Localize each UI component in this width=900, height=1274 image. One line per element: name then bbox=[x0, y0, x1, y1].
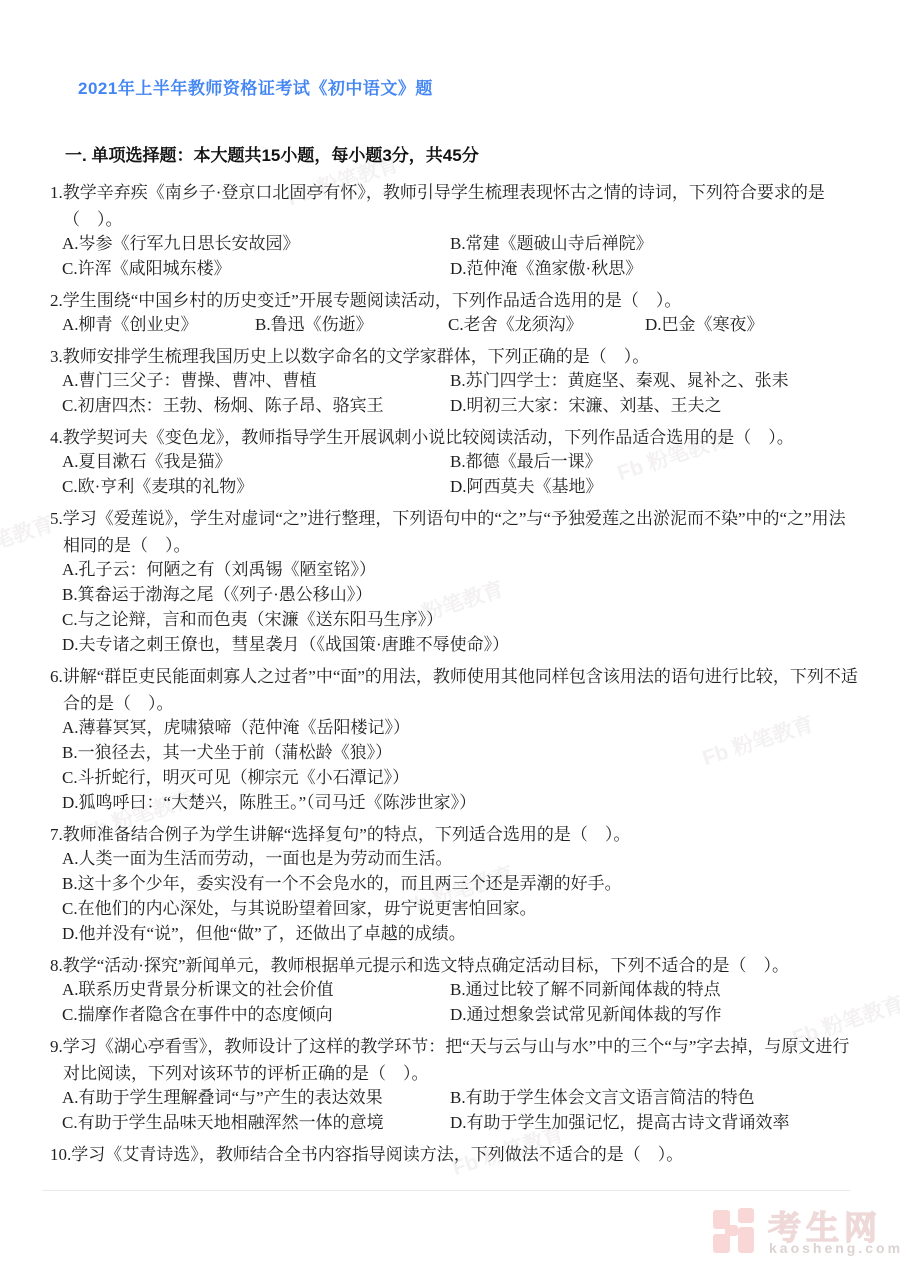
option-c: C.有助于学生品味天地相融浑然一体的意境 bbox=[62, 1110, 450, 1135]
question-number: 1. bbox=[50, 183, 63, 202]
option-b: B.这十多个少年，委实没有一个不会凫水的，而且两三个还是弄潮的好手。 bbox=[62, 871, 858, 896]
question-stem: 4.教学契诃夫《变色龙》，教师指导学生开展讽刺小说比较阅读活动，下列作品适合选用… bbox=[50, 424, 858, 451]
option-a: A.孔子云：何陋之有（刘禹锡《陋室铭》） bbox=[62, 557, 858, 582]
option-d: D.阿西莫夫《基地》 bbox=[450, 474, 858, 499]
question-stem: 8.教学“活动·探究”新闻单元，教师根据单元提示和选文特点确定活动目标，下列不适… bbox=[50, 952, 858, 979]
question-text: 学习《爱莲说》，学生对虚词“之”进行整理，下列语句中的“之”与“予独爱莲之出淤泥… bbox=[63, 509, 846, 555]
question-5: 5.学习《爱莲说》，学生对虚词“之”进行整理，下列语句中的“之”与“予独爱莲之出… bbox=[50, 505, 858, 657]
option-c: C.揣摩作者隐含在事件中的态度倾向 bbox=[62, 1002, 450, 1027]
question-stem: 2.学生围绕“中国乡村的历史变迁”开展专题阅读活动，下列作品适合选用的是（ ）。 bbox=[50, 287, 858, 314]
footer-divider bbox=[42, 1190, 850, 1191]
question-stem: 6.讲解“群臣吏民能面刺寡人之过者”中“面”的用法，教师使用其他同样包含该用法的… bbox=[50, 663, 858, 717]
question-text: 学习《艾青诗选》，教师结合全书内容指导阅读方法，下列做法不适合的是（ ）。 bbox=[71, 1145, 683, 1164]
question-number: 2. bbox=[50, 291, 63, 310]
question-4: 4.教学契诃夫《变色龙》，教师指导学生开展讽刺小说比较阅读活动，下列作品适合选用… bbox=[50, 424, 858, 499]
option-a: A.有助于学生理解叠词“与”产生的表达效果 bbox=[62, 1085, 450, 1110]
option-d: D.夫专诸之刺王僚也，彗星袭月（《战国策·唐雎不辱使命》） bbox=[62, 632, 858, 657]
question-text: 学习《湖心亭看雪》，教师设计了这样的教学环节：把“天与云与山与水”中的三个“与”… bbox=[63, 1037, 850, 1083]
option-c: C.老舍《龙须沟》 bbox=[448, 312, 645, 337]
option-c: C.在他们的内心深处，与其说盼望着回家，毋宁说更害怕回家。 bbox=[62, 896, 858, 921]
option-b: B.有助于学生体会文言文语言简洁的特色 bbox=[450, 1085, 858, 1110]
option-group: A.薄暮冥冥，虎啸猿啼（范仲淹《岳阳楼记》） B.一狼径去，其一犬坐于前（蒲松龄… bbox=[62, 715, 858, 815]
option-d: D.巴金《寒夜》 bbox=[645, 312, 858, 337]
option-b: B.通过比较了解不同新闻体裁的特点 bbox=[450, 977, 858, 1002]
question-number: 10. bbox=[50, 1145, 71, 1164]
option-a: A.薄暮冥冥，虎啸猿啼（范仲淹《岳阳楼记》） bbox=[62, 715, 858, 740]
option-a: A.柳青《创业史》 bbox=[62, 312, 255, 337]
option-c: C.斗折蛇行，明灭可见（柳宗元《小石潭记》） bbox=[62, 765, 858, 790]
exam-document-page: Fb 粉笔教育 Fb 粉笔教育 Fb 粉笔教育 Fb 粉笔教育 Fb 粉笔教育 … bbox=[0, 0, 900, 1274]
option-d: D.范仲淹《渔家傲·秋思》 bbox=[450, 256, 858, 281]
question-text: 教师准备结合例子为学生讲解“选择复句”的特点，下列适合选用的是（ ）。 bbox=[63, 825, 631, 844]
section-header: 一. 单项选择题：本大题共15小题，每小题3分，共45分 bbox=[65, 141, 858, 166]
question-stem: 9.学习《湖心亭看雪》，教师设计了这样的教学环节：把“天与云与山与水”中的三个“… bbox=[50, 1033, 858, 1087]
question-number: 9. bbox=[50, 1037, 63, 1056]
question-10: 10.学习《艾青诗选》，教师结合全书内容指导阅读方法，下列做法不适合的是（ ）。 bbox=[50, 1141, 858, 1168]
option-group: A.夏目漱石《我是猫》 B.都德《最后一课》 C.欧·亨利《麦琪的礼物》 D.阿… bbox=[62, 449, 858, 499]
option-b: B.常建《题破山寺后禅院》 bbox=[450, 231, 858, 256]
option-b: B.箕畚运于渤海之尾（《列子·愚公移山》） bbox=[62, 582, 858, 607]
option-b: B.苏门四学士：黄庭坚、秦观、晁补之、张耒 bbox=[450, 368, 858, 393]
option-c: C.许浑《咸阳城东楼》 bbox=[62, 256, 450, 281]
option-b: B.鲁迅《伤逝》 bbox=[255, 312, 448, 337]
option-d: D.狐鸣呼曰：“大楚兴，陈胜王。”（司马迁《陈涉世家》） bbox=[62, 790, 858, 815]
question-stem: 7.教师准备结合例子为学生讲解“选择复句”的特点，下列适合选用的是（ ）。 bbox=[50, 821, 858, 848]
kaosheng-logo-domain: kaosheng.com bbox=[769, 1240, 900, 1256]
option-a: A.曹门三父子：曹操、曹冲、曹植 bbox=[62, 368, 450, 393]
question-number: 6. bbox=[50, 667, 63, 686]
question-stem: 10.学习《艾青诗选》，教师结合全书内容指导阅读方法，下列做法不适合的是（ ）。 bbox=[50, 1141, 858, 1168]
question-number: 5. bbox=[50, 509, 63, 528]
question-number: 3. bbox=[50, 347, 63, 366]
question-number: 8. bbox=[50, 956, 63, 975]
question-text: 教学辛弃疾《南乡子·登京口北固亭有怀》，教师引导学生梳理表现怀古之情的诗词，下列… bbox=[63, 183, 825, 229]
option-group: A.孔子云：何陋之有（刘禹锡《陋室铭》） B.箕畚运于渤海之尾（《列子·愚公移山… bbox=[62, 557, 858, 657]
question-number: 4. bbox=[50, 428, 63, 447]
question-stem: 5.学习《爱莲说》，学生对虚词“之”进行整理，下列语句中的“之”与“予独爱莲之出… bbox=[50, 505, 858, 559]
question-list: 1.教学辛弃疾《南乡子·登京口北固亭有怀》，教师引导学生梳理表现怀古之情的诗词，… bbox=[50, 179, 858, 1168]
option-d: D.通过想象尝试常见新闻体裁的写作 bbox=[450, 1002, 858, 1027]
question-number: 7. bbox=[50, 825, 63, 844]
option-group: A.柳青《创业史》 B.鲁迅《伤逝》 C.老舍《龙须沟》 D.巴金《寒夜》 bbox=[62, 312, 858, 337]
option-d: D.有助于学生加强记忆，提高古诗文背诵效率 bbox=[450, 1110, 858, 1135]
option-group: A.人类一面为生活而劳动，一面也是为劳动而生活。 B.这十多个少年，委实没有一个… bbox=[62, 846, 858, 946]
option-a: A.岑参《行军九日思长安故园》 bbox=[62, 231, 450, 256]
option-group: A.岑参《行军九日思长安故园》 B.常建《题破山寺后禅院》 C.许浑《咸阳城东楼… bbox=[62, 231, 858, 281]
option-b: B.一狼径去，其一犬坐于前（蒲松龄《狼》） bbox=[62, 740, 858, 765]
kaosheng-logo-icon bbox=[713, 1208, 755, 1254]
option-group: A.联系历史背景分析课文的社会价值 B.通过比较了解不同新闻体裁的特点 C.揣摩… bbox=[62, 977, 858, 1027]
question-8: 8.教学“活动·探究”新闻单元，教师根据单元提示和选文特点确定活动目标，下列不适… bbox=[50, 952, 858, 1027]
question-text: 教学契诃夫《变色龙》，教师指导学生开展讽刺小说比较阅读活动，下列作品适合选用的是… bbox=[63, 428, 794, 447]
option-a: A.人类一面为生活而劳动，一面也是为劳动而生活。 bbox=[62, 846, 858, 871]
question-stem: 1.教学辛弃疾《南乡子·登京口北固亭有怀》，教师引导学生梳理表现怀古之情的诗词，… bbox=[50, 179, 858, 233]
option-d: D.他并没有“说”，但他“做”了，还做出了卓越的成绩。 bbox=[62, 921, 858, 946]
question-7: 7.教师准备结合例子为学生讲解“选择复句”的特点，下列适合选用的是（ ）。 A.… bbox=[50, 821, 858, 946]
question-3: 3.教师安排学生梳理我国历史上以数字命名的文学家群体，下列正确的是（ ）。 A.… bbox=[50, 343, 858, 418]
option-group: A.曹门三父子：曹操、曹冲、曹植 B.苏门四学士：黄庭坚、秦观、晁补之、张耒 C… bbox=[62, 368, 858, 418]
question-9: 9.学习《湖心亭看雪》，教师设计了这样的教学环节：把“天与云与山与水”中的三个“… bbox=[50, 1033, 858, 1135]
option-c: C.欧·亨利《麦琪的礼物》 bbox=[62, 474, 450, 499]
question-text: 教师安排学生梳理我国历史上以数字命名的文学家群体，下列正确的是（ ）。 bbox=[63, 347, 650, 366]
question-stem: 3.教师安排学生梳理我国历史上以数字命名的文学家群体，下列正确的是（ ）。 bbox=[50, 343, 858, 370]
option-d: D.明初三大家：宋濂、刘基、王夫之 bbox=[450, 393, 858, 418]
question-1: 1.教学辛弃疾《南乡子·登京口北固亭有怀》，教师引导学生梳理表现怀古之情的诗词，… bbox=[50, 179, 858, 281]
option-b: B.都德《最后一课》 bbox=[450, 449, 858, 474]
option-c: C.初唐四杰：王勃、杨炯、陈子昂、骆宾王 bbox=[62, 393, 450, 418]
option-a: A.夏目漱石《我是猫》 bbox=[62, 449, 450, 474]
option-c: C.与之论辩，言和而色夷（宋濂《送东阳马生序》） bbox=[62, 607, 858, 632]
kaosheng-watermark-logo: 考生网 kaosheng.com bbox=[713, 1206, 888, 1258]
question-text: 讲解“群臣吏民能面刺寡人之过者”中“面”的用法，教师使用其他同样包含该用法的语句… bbox=[63, 667, 858, 713]
option-group: A.有助于学生理解叠词“与”产生的表达效果 B.有助于学生体会文言文语言简洁的特… bbox=[62, 1085, 858, 1135]
option-a: A.联系历史背景分析课文的社会价值 bbox=[62, 977, 450, 1002]
question-text: 教学“活动·探究”新闻单元，教师根据单元提示和选文特点确定活动目标，下列不适合的… bbox=[63, 956, 789, 975]
question-6: 6.讲解“群臣吏民能面刺寡人之过者”中“面”的用法，教师使用其他同样包含该用法的… bbox=[50, 663, 858, 815]
question-2: 2.学生围绕“中国乡村的历史变迁”开展专题阅读活动，下列作品适合选用的是（ ）。… bbox=[50, 287, 858, 337]
page-title: 2021年上半年教师资格证考试《初中语文》题 bbox=[78, 0, 858, 99]
question-text: 学生围绕“中国乡村的历史变迁”开展专题阅读活动，下列作品适合选用的是（ ）。 bbox=[63, 291, 682, 310]
